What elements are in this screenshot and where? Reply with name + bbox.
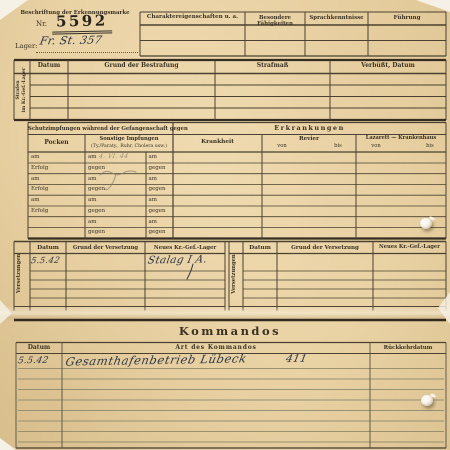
column-charaktereigenschaften: Charaktereigenschaften u. a. bbox=[141, 14, 244, 20]
impf-cell: am bbox=[149, 197, 172, 203]
strafen-column-strafmass: Strafmaß bbox=[215, 63, 330, 70]
impf-cell: am bbox=[31, 176, 81, 182]
impf-cell: am bbox=[31, 197, 81, 203]
strafen-column-datum: Datum bbox=[30, 63, 68, 70]
strafen-side-label-line1: Strafen bbox=[16, 61, 22, 119]
impf-cell: gegen bbox=[88, 229, 142, 235]
lager-label: Lager: bbox=[15, 43, 37, 51]
versetzungen-side-label-left: Versetzungen bbox=[16, 242, 22, 305]
kommandos-title: Kommandos bbox=[14, 325, 446, 338]
impf-cell: gegen bbox=[149, 229, 172, 235]
kommando-art-handwritten: Gesamthafenbetrieb Lübeck bbox=[64, 351, 248, 368]
versetzungen-right-column-datum: Datum bbox=[243, 245, 277, 252]
impf-cell: am bbox=[149, 154, 172, 160]
impf-cell: Erfolg bbox=[31, 186, 81, 192]
strafen-side-label-line2: im Kr.-Gef.-Lager bbox=[21, 61, 27, 119]
impf-cell: gegen bbox=[149, 208, 172, 214]
impf-cell: am bbox=[149, 219, 172, 225]
lazarett-column-label: Lazarett — Krankenhaus bbox=[356, 136, 446, 142]
fold-crease bbox=[0, 306, 450, 322]
paper-fastener-bottom bbox=[421, 395, 433, 406]
pocken-column-label: Pocken bbox=[28, 140, 85, 147]
pencil-scribble bbox=[92, 166, 162, 194]
column-fuehrung: Führung bbox=[369, 15, 445, 21]
kommando-nummer-handwritten: 411 bbox=[285, 353, 308, 365]
kommandos-column-rueckkehrdatum: Rückkehrdatum bbox=[370, 345, 446, 351]
impf-cell: Erfolg bbox=[31, 165, 81, 171]
revier-von-label: von bbox=[272, 144, 292, 150]
kommando-datum-handwritten: 5.5.42 bbox=[17, 356, 49, 367]
column-besondere-faehigkeiten: Besondere Fähigkeiten bbox=[246, 15, 304, 27]
lager-dotted-line bbox=[36, 52, 138, 53]
kommandos-column-art: Art des Kommandos bbox=[62, 345, 370, 352]
lager-handwritten-value: Fr. St. 357 bbox=[39, 33, 104, 47]
lazarett-bis-label: bis bbox=[420, 144, 440, 150]
versetzungen-right-column-neues-lager: Neues Kr.-Gef.-Lager bbox=[373, 245, 446, 251]
versetzungen-side-label-right: Versetzungen bbox=[231, 243, 237, 305]
versetzungen-left-column-grund: Grund der Versetzung bbox=[66, 245, 145, 251]
kommandos-column-datum: Datum bbox=[16, 345, 62, 352]
revier-column-label: Revier bbox=[262, 136, 356, 142]
sonstige-impfungen-sublabel: (Ty./Paraty., Ruhr, Cholera usw.) bbox=[85, 144, 173, 149]
impfungen-title: Schutzimpfungen während der Gefangenscha… bbox=[28, 126, 173, 132]
versetzungen-left-column-neues-lager: Neues Kr.-Gef.-Lager bbox=[145, 245, 225, 251]
impf-cell: gegen bbox=[88, 208, 142, 214]
revier-bis-label: bis bbox=[328, 144, 348, 150]
versetzungen-right-column-grund: Grund der Versetzung bbox=[277, 245, 373, 251]
lazarett-von-label: von bbox=[366, 144, 386, 150]
strafen-side-label: Strafen im Kr.-Gef.-Lager bbox=[16, 61, 27, 119]
impf-cell: am bbox=[88, 197, 142, 203]
vaccination-date-handwritten: 4. VI. 44 bbox=[98, 152, 129, 160]
strafen-column-verbuesst: Verbüßt, Datum bbox=[330, 63, 446, 70]
paper-fastener-top bbox=[420, 218, 432, 229]
handwriting-flourish bbox=[183, 263, 203, 281]
impf-cell: Erfolg bbox=[31, 208, 81, 214]
prisoner-number-stamp: 5592 bbox=[52, 11, 112, 34]
impf-cell: am bbox=[88, 219, 142, 225]
impf-cell: am bbox=[31, 154, 81, 160]
column-sprachkenntnisse: Sprachkenntnisse bbox=[306, 15, 367, 21]
strafen-column-grund: Grund der Bestrafung bbox=[68, 63, 215, 70]
erkrankungen-title: Erkrankungen bbox=[173, 125, 446, 132]
versetzungen-left-column-datum: Datum bbox=[30, 245, 66, 252]
versetzungen-ruling bbox=[14, 242, 446, 311]
pow-record-card: Beschriftung der Erkennungsmarke Nr. 559… bbox=[0, 0, 450, 450]
sonstige-impfungen-label: Sonstige Impfungen bbox=[85, 137, 173, 143]
krankheit-column-label: Krankheit bbox=[173, 139, 262, 146]
nr-label: Nr. bbox=[36, 20, 47, 28]
versetzung-datum-handwritten: 5.5.42 bbox=[30, 256, 61, 267]
